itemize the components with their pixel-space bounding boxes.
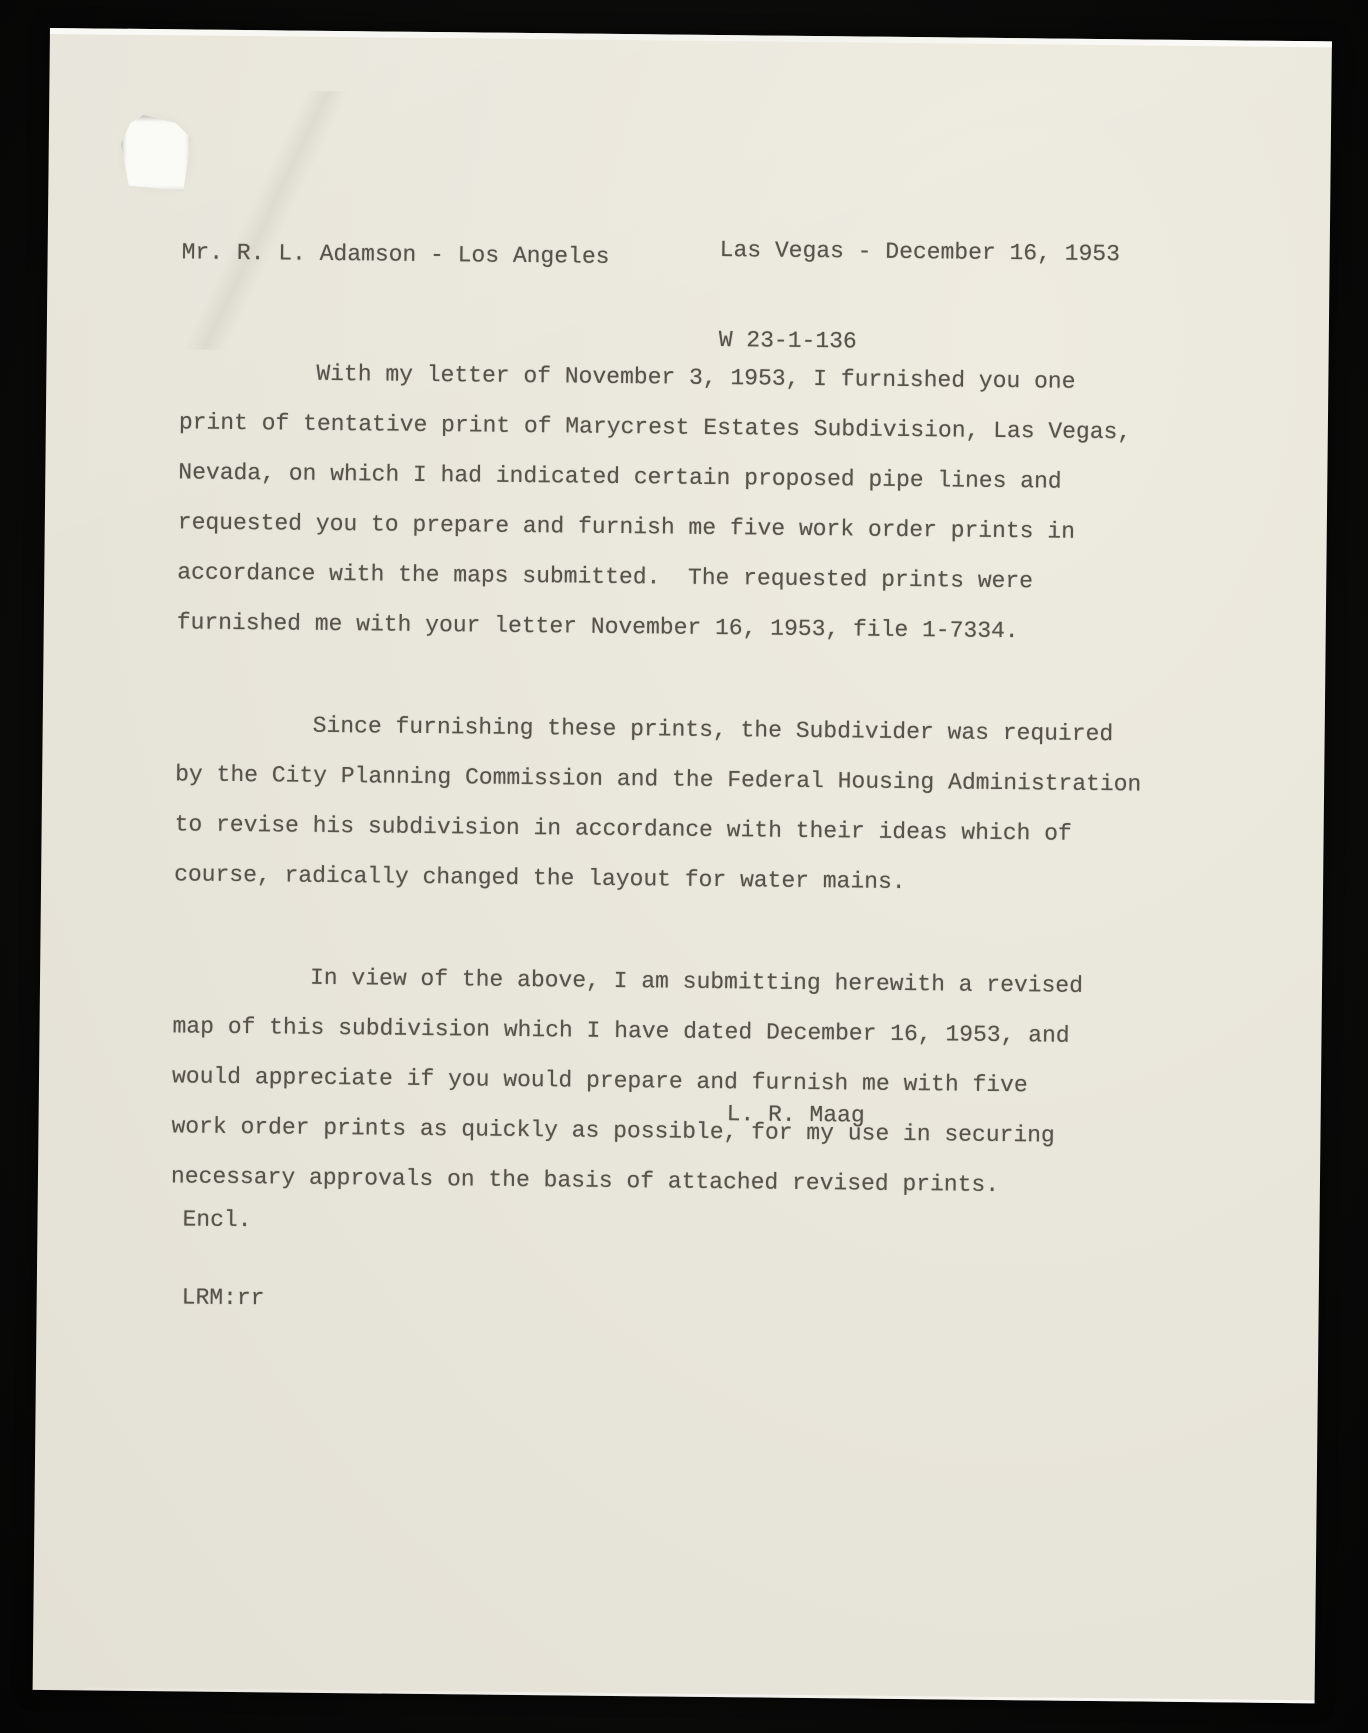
letter-page: Las Vegas - December 16, 1953 W 23-1-136… bbox=[33, 28, 1332, 1703]
dateline: Las Vegas - December 16, 1953 bbox=[720, 235, 1121, 269]
enclosure-note: Encl. bbox=[182, 1206, 265, 1233]
reference-initials: LRM:rr bbox=[182, 1284, 265, 1311]
letter-footer: Encl. LRM:rr bbox=[181, 1154, 266, 1363]
paragraph-2: Since furnishing these prints, the Subdi… bbox=[174, 699, 1166, 909]
recipient-line: Mr. R. L. Adamson - Los Angeles bbox=[182, 237, 610, 271]
letter-body: With my letter of November 3, 1953, I fu… bbox=[170, 295, 1170, 1263]
paragraph-3: In view of the above, I am submitting he… bbox=[171, 951, 1164, 1211]
scanner-background: Las Vegas - December 16, 1953 W 23-1-136… bbox=[0, 0, 1368, 1733]
signature: L. R. Maag bbox=[727, 1099, 865, 1130]
paragraph-1: With my letter of November 3, 1953, I fu… bbox=[177, 347, 1170, 657]
